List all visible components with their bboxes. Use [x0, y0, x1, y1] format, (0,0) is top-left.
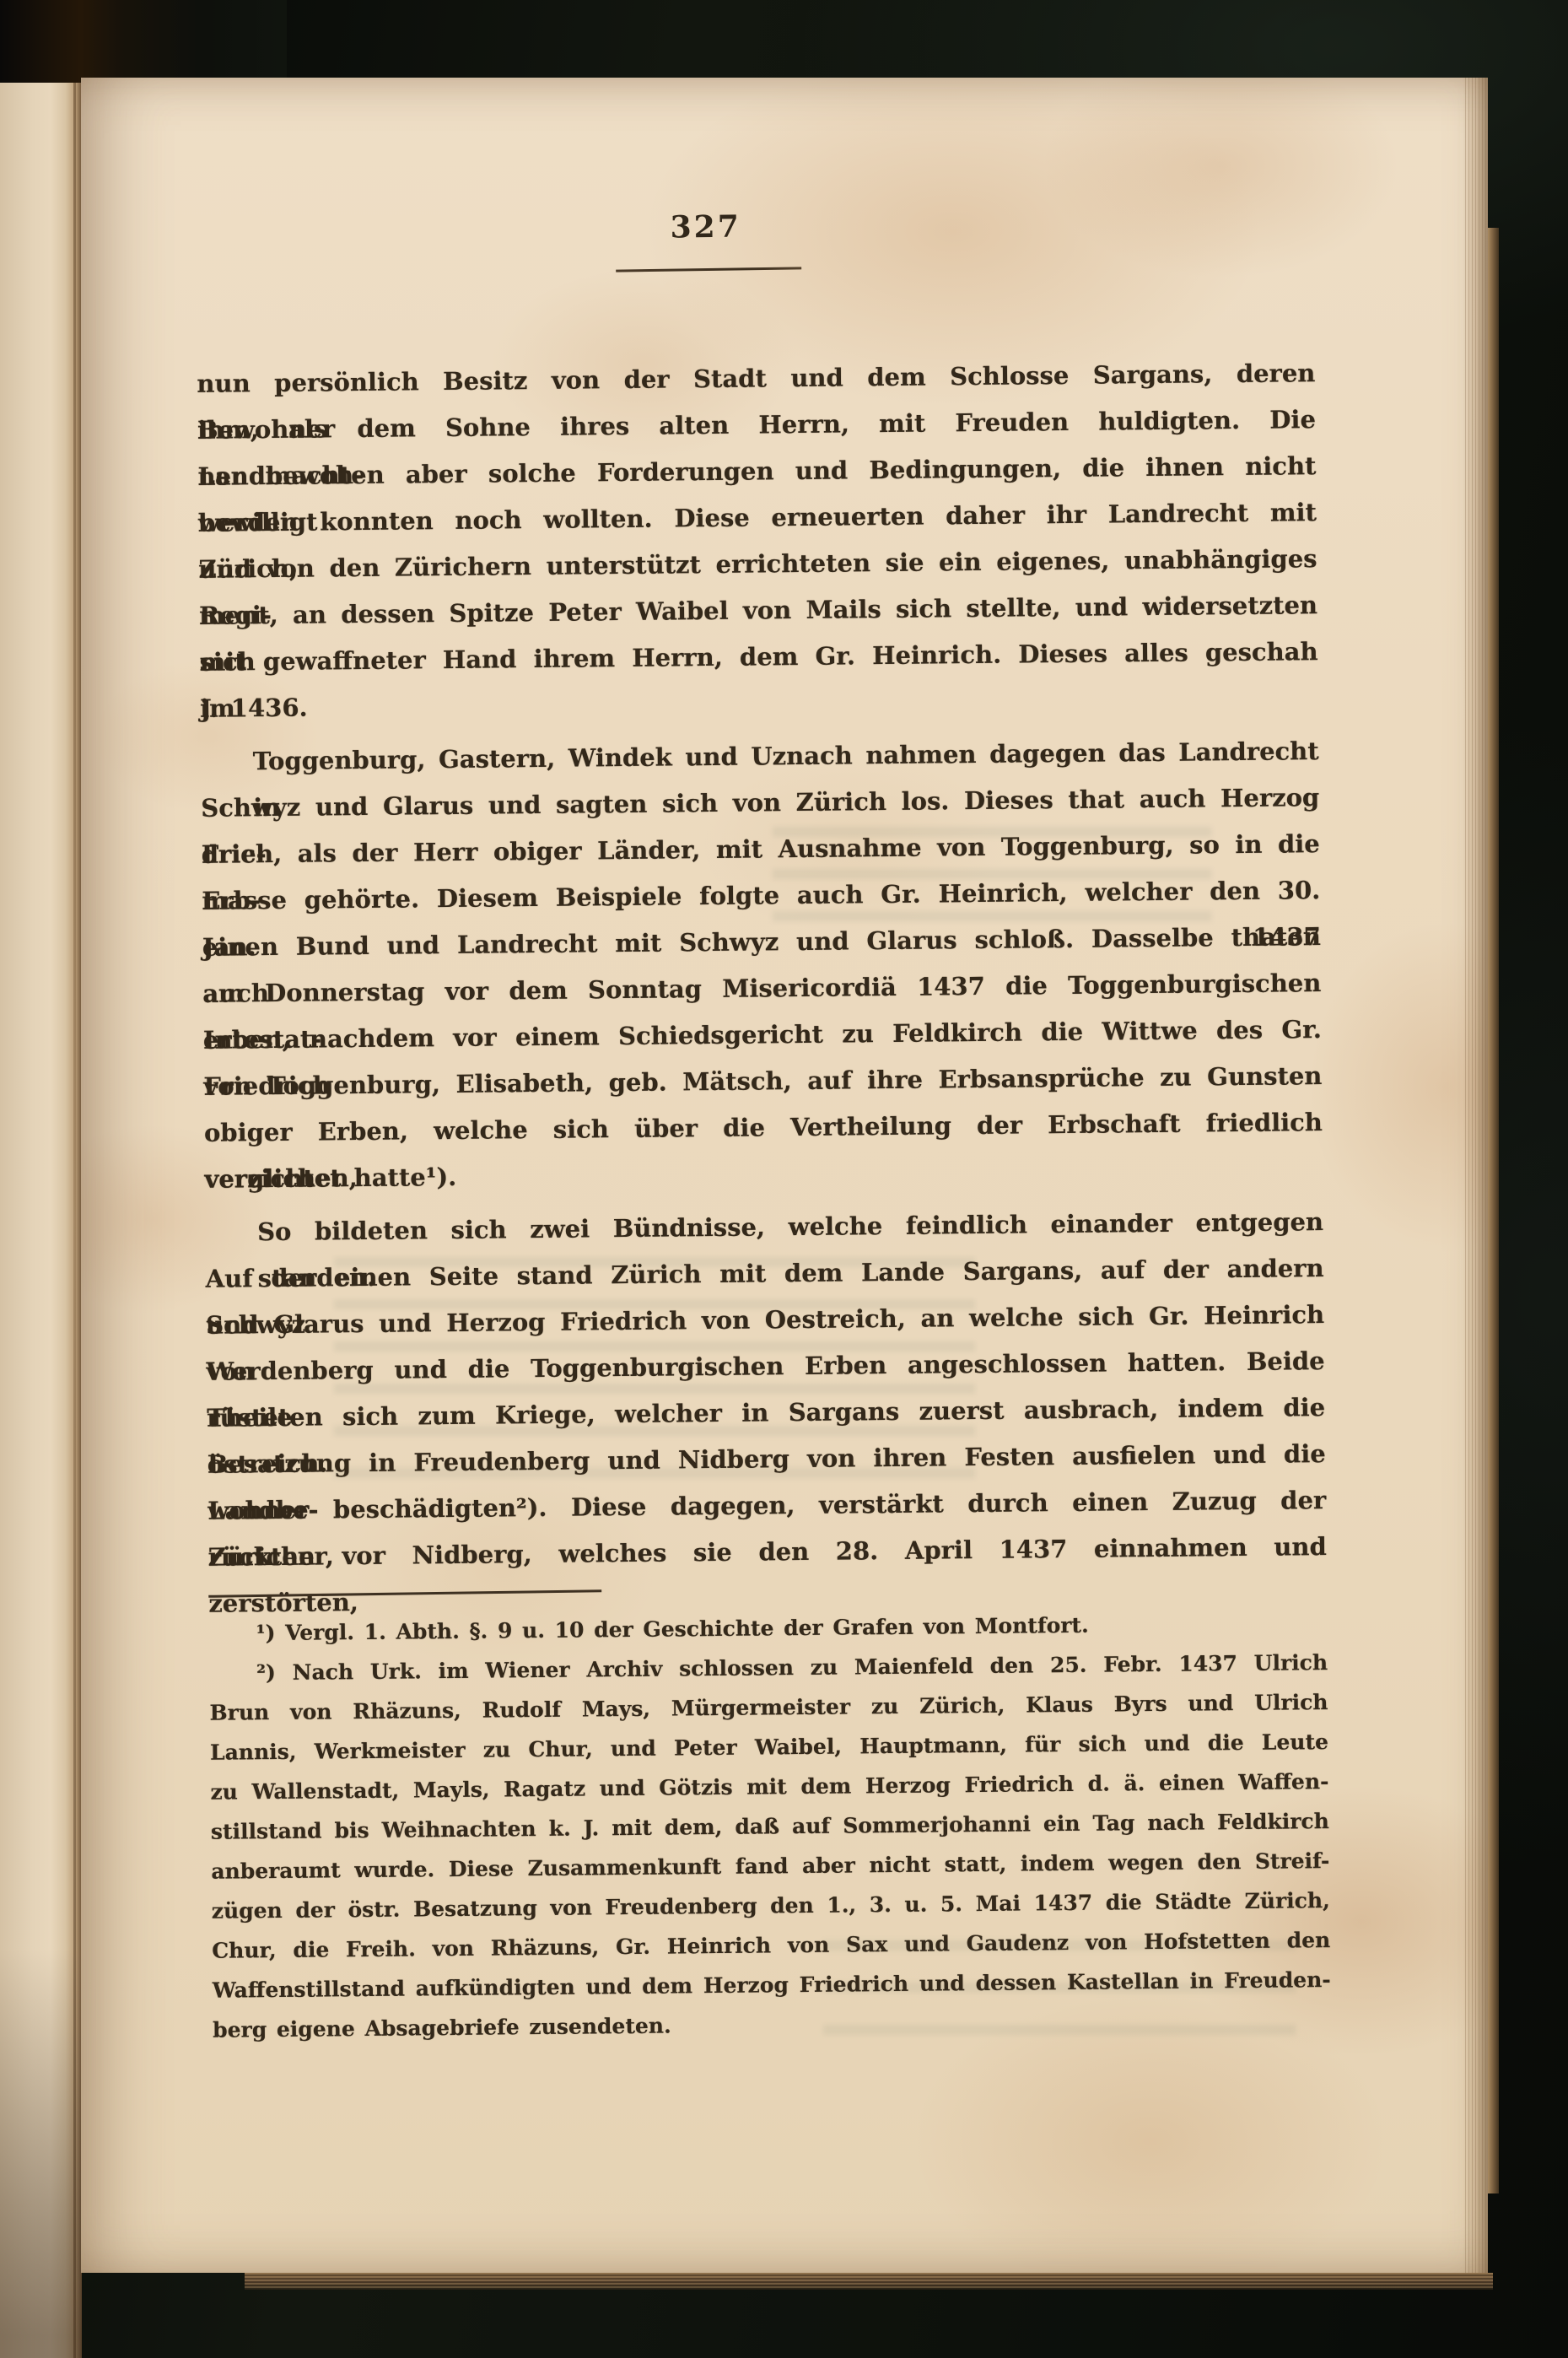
adjacent-page-edge [0, 83, 82, 2358]
printed-content: 327 nun persönlich Besitz von der Stadt … [73, 70, 1501, 2279]
page-number: 327 [196, 204, 1216, 250]
text-line: verzichtet hatte¹). [204, 1146, 1323, 1203]
page-number-rule [616, 267, 801, 272]
book-page: 327 nun persönlich Besitz von der Stadt … [81, 78, 1488, 2273]
book-cover-sliver [0, 0, 287, 83]
paragraph: So bildeten sich zwei Bündnisse, welche … [205, 1199, 1327, 1581]
photo-background: 327 nun persönlich Besitz von der Stadt … [0, 0, 1568, 2358]
text-line: rückten vor Nidberg, welches sie den 28.… [208, 1524, 1327, 1581]
page-stack-edge-right [1488, 228, 1499, 2193]
page-fore-edge [1463, 78, 1488, 2273]
footnotes-block: ¹) Vergl. 1. Abth. §. 9 u. 10 der Geschi… [208, 1603, 1331, 2050]
main-text-block: nun persönlich Besitz von der Stadt und … [197, 350, 1331, 2050]
paragraph: nun persönlich Besitz von der Stadt und … [197, 350, 1318, 732]
page-stack-edge-bottom [245, 2273, 1493, 2290]
paragraph: Toggenburg, Gastern, Windek und Uznach n… [201, 728, 1323, 1203]
